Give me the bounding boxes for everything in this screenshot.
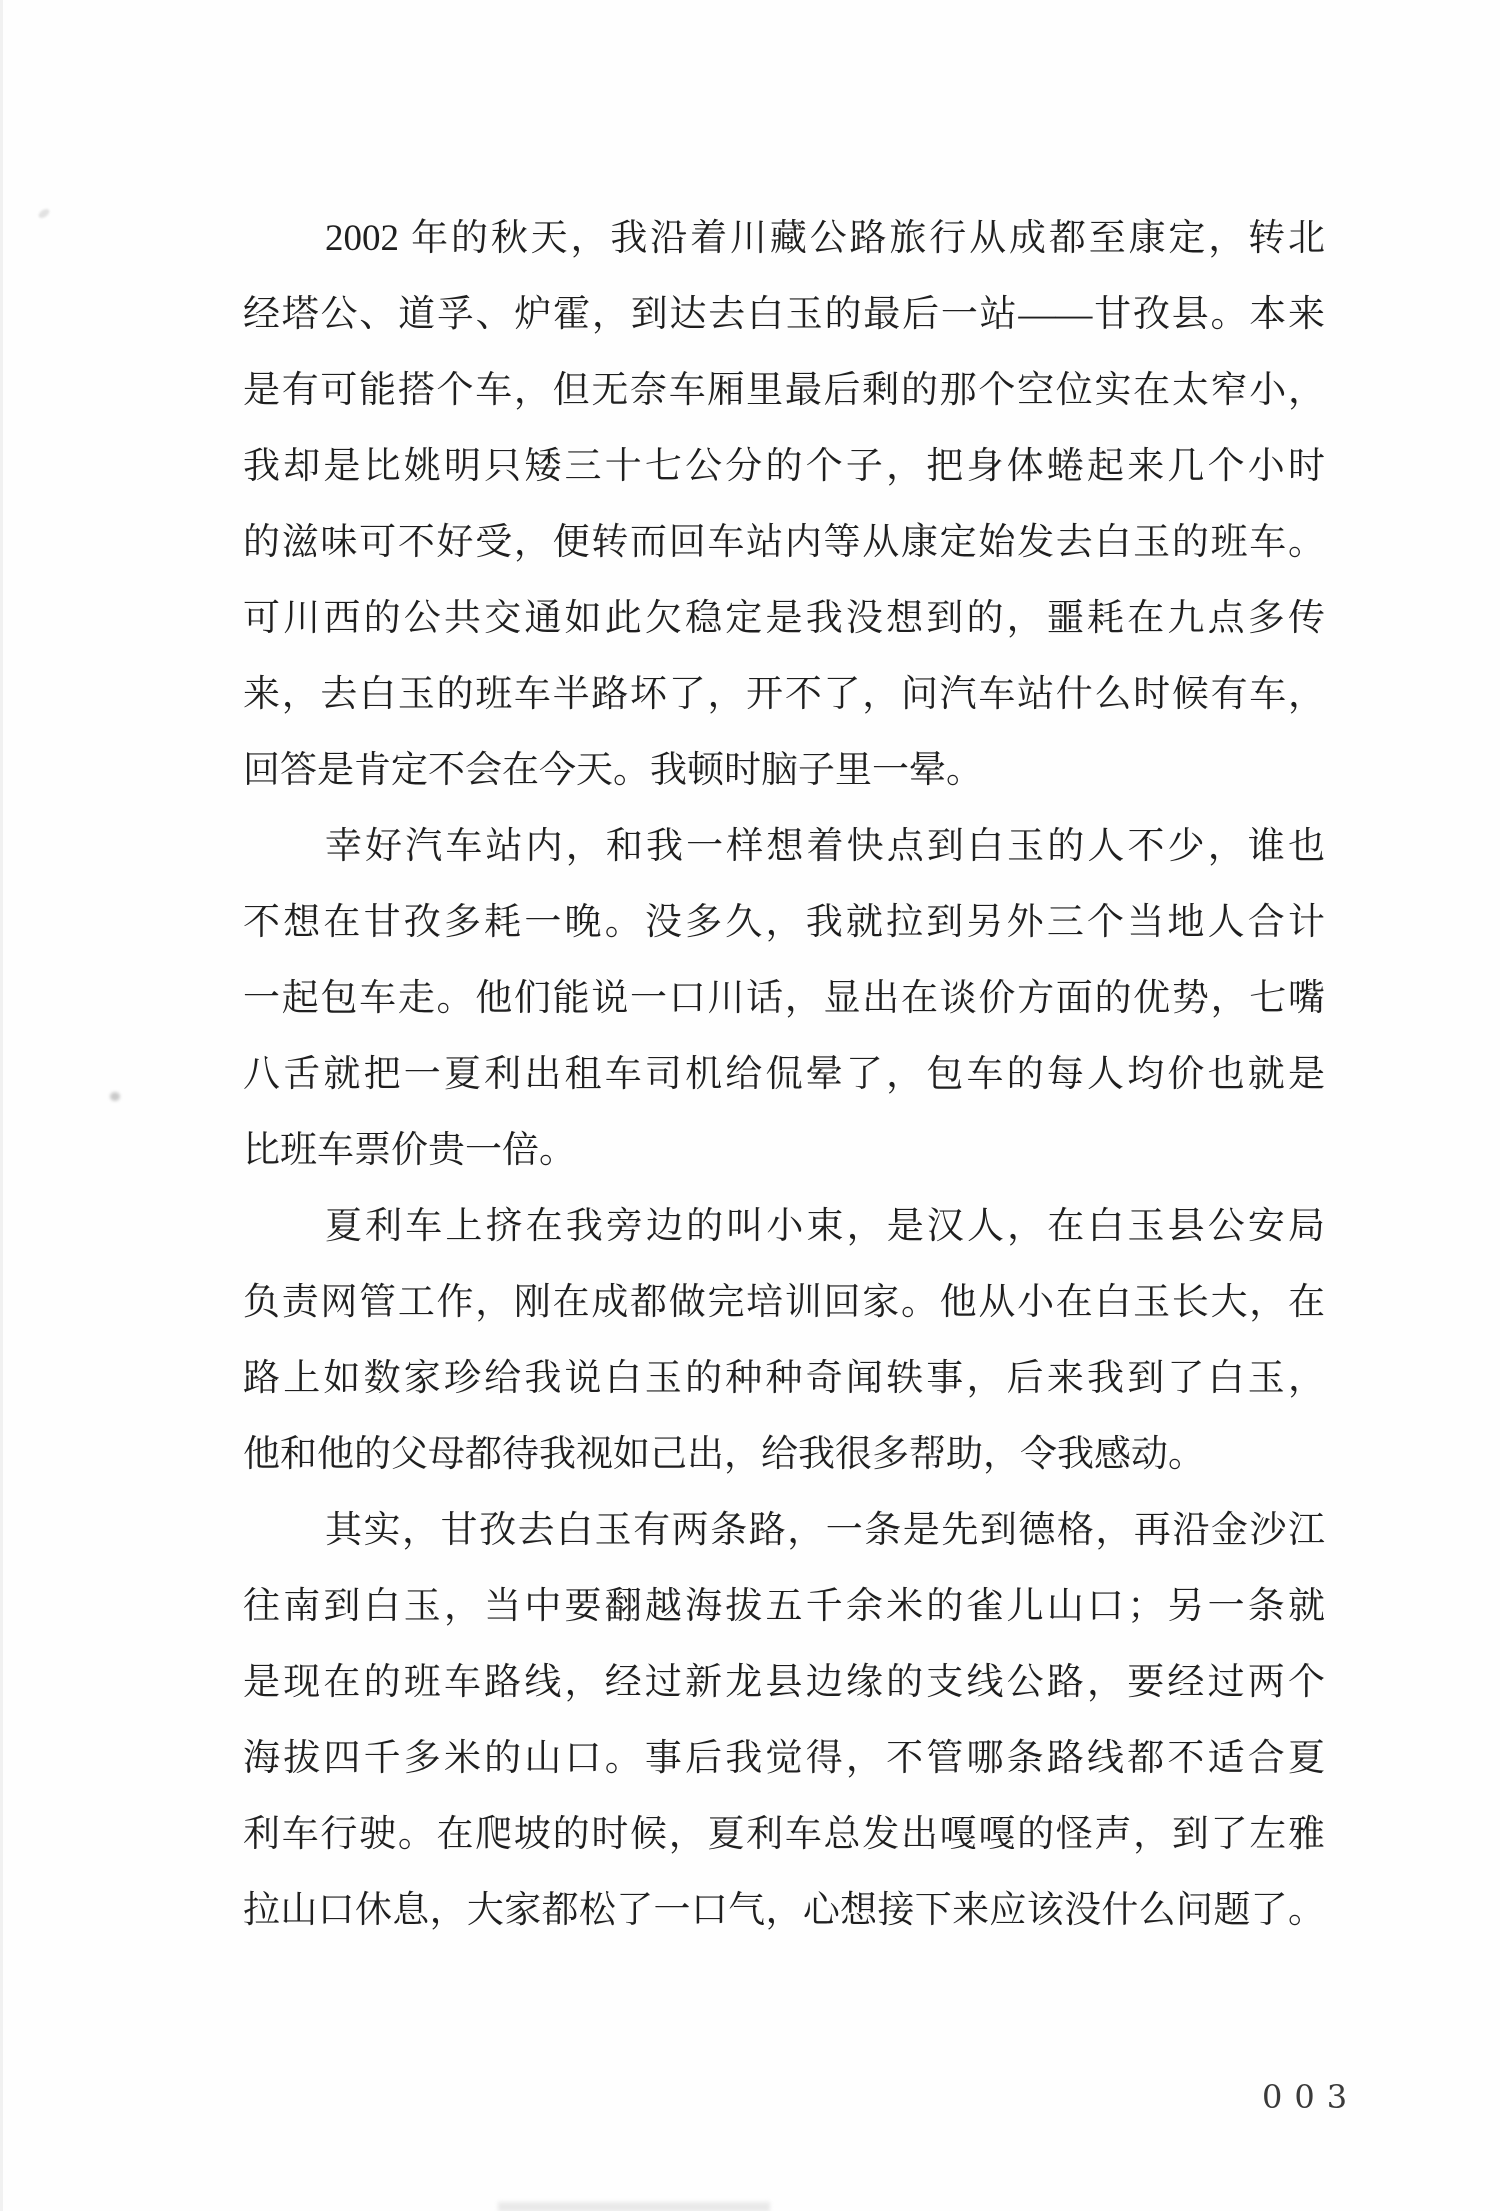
text-line: 负责网管工作，刚在成都做完培训回家。他从小在白玉长大，在 [243, 1265, 1325, 1341]
text-line: 是有可能搭个车，但无奈车厢里最后剩的那个空位实在太窄小， [243, 353, 1325, 429]
text-line: 利车行驶。在爬坡的时候，夏利车总发出嘎嘎的怪声，到了左雅 [243, 1797, 1325, 1873]
text-line: 幸好汽车站内，和我一样想着快点到白玉的人不少，谁也 [243, 809, 1325, 885]
scan-speck [37, 207, 51, 220]
scan-smudge [498, 2202, 770, 2211]
text-line: 经塔公、道孚、炉霍，到达去白玉的最后一站——甘孜县。本来 [243, 277, 1325, 353]
text-line: 往南到白玉，当中要翻越海拔五千余米的雀儿山口；另一条就 [243, 1569, 1325, 1645]
text-line: 路上如数家珍给我说白玉的种种奇闻轶事，后来我到了白玉， [243, 1341, 1325, 1417]
text-line: 的滋味可不好受，便转而回车站内等从康定始发去白玉的班车。 [243, 505, 1325, 581]
text-line: 其实，甘孜去白玉有两条路，一条是先到德格，再沿金沙江 [243, 1493, 1325, 1569]
text-line: 不想在甘孜多耗一晚。没多久，我就拉到另外三个当地人合计 [243, 885, 1325, 961]
text-block: 2002 年的秋天，我沿着川藏公路旅行从成都至康定，转北经塔公、道孚、炉霍，到达… [243, 201, 1325, 1949]
text-line: 我却是比姚明只矮三十七公分的个子，把身体蜷起来几个小时 [243, 429, 1325, 505]
text-line: 一起包车走。他们能说一口川话，显出在谈价方面的优势，七嘴 [243, 961, 1325, 1037]
text-line: 回答是肯定不会在今天。我顿时脑子里一晕。 [243, 733, 1325, 809]
scan-edge-left [0, 0, 3, 2211]
scan-speck [110, 1092, 120, 1101]
page-number: 003 [1262, 2078, 1359, 2116]
text-line: 可川西的公共交通如此欠稳定是我没想到的，噩耗在九点多传 [243, 581, 1325, 657]
text-line: 他和他的父母都待我视如己出，给我很多帮助，令我感动。 [243, 1417, 1325, 1493]
book-page: 2002 年的秋天，我沿着川藏公路旅行从成都至康定，转北经塔公、道孚、炉霍，到达… [0, 0, 1500, 2211]
text-line: 是现在的班车路线，经过新龙县边缘的支线公路，要经过两个 [243, 1645, 1325, 1721]
text-line: 八舌就把一夏利出租车司机给侃晕了，包车的每人均价也就是 [243, 1037, 1325, 1113]
text-line: 比班车票价贵一倍。 [243, 1113, 1325, 1189]
text-line: 海拔四千多米的山口。事后我觉得，不管哪条路线都不适合夏 [243, 1721, 1325, 1797]
text-line: 来，去白玉的班车半路坏了，开不了，问汽车站什么时候有车， [243, 657, 1325, 733]
text-line: 拉山口休息，大家都松了一口气，心想接下来应该没什么问题了。 [243, 1873, 1325, 1949]
text-line: 夏利车上挤在我旁边的叫小束，是汉人，在白玉县公安局 [243, 1189, 1325, 1265]
text-line: 2002 年的秋天，我沿着川藏公路旅行从成都至康定，转北 [243, 201, 1325, 277]
